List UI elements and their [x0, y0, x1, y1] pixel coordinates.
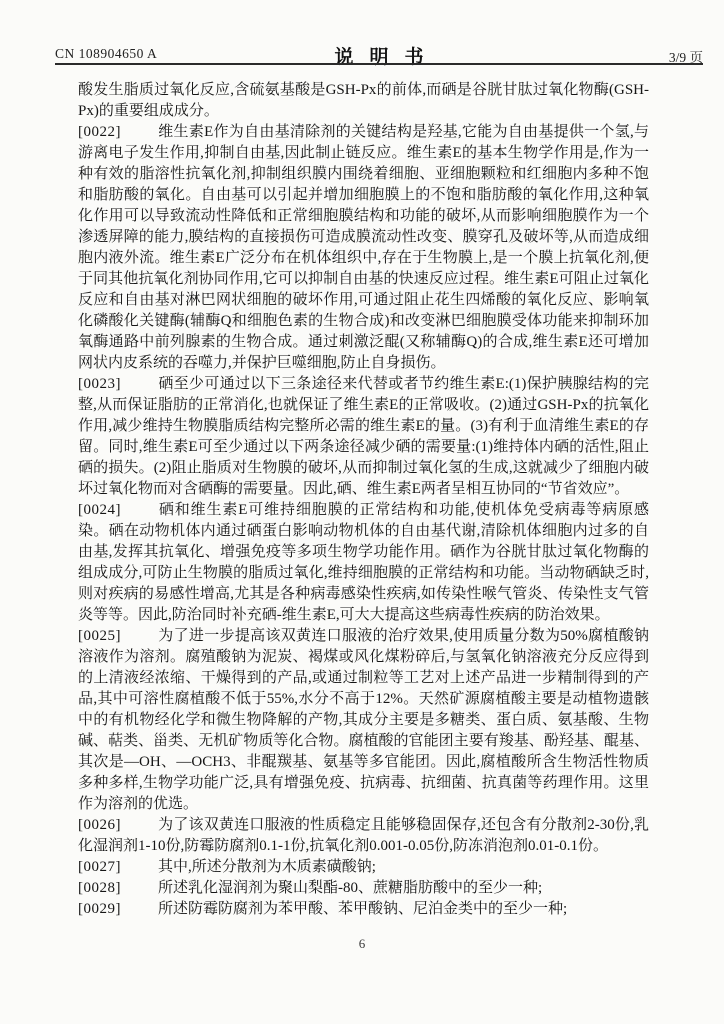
- paragraph-number: [0027]: [78, 857, 130, 878]
- paragraph-text: 所述乳化湿润剂为聚山梨酯-80、蔗糖脂肪酸中的至少一种;: [158, 880, 542, 896]
- paragraph: 酸发生脂质过氧化反应,含硫氨基酸是GSH-Px的前体,而硒是谷胱甘肽过氧化物酶(…: [78, 80, 649, 122]
- paragraph-number: [0024]: [78, 500, 130, 521]
- paragraph: [0022]维生素E作为自由基清除剂的关键结构是羟基,它能为自由基提供一个氢,与…: [78, 122, 649, 374]
- paragraph: [0028]所述乳化湿润剂为聚山梨酯-80、蔗糖脂肪酸中的至少一种;: [78, 878, 649, 899]
- paragraph: [0024]硒和维生素E可维持细胞膜的正常结构和功能,使机体免受病毒等病原感染。…: [78, 500, 649, 626]
- paragraph-text: 为了进一步提高该双黄连口服液的治疗效果,使用质量分数为50%腐植酸钠溶液作为溶剂…: [78, 628, 649, 812]
- paragraph-text: 所述防霉防腐剂为苯甲酸、苯甲酸钠、尼泊金类中的至少一种;: [158, 901, 567, 917]
- paragraph-number: [0028]: [78, 878, 130, 899]
- paragraph: [0023]硒至少可通过以下三条途径来代替或者节约维生素E:(1)保护胰腺结构的…: [78, 374, 649, 500]
- paragraph-number: [0025]: [78, 626, 130, 647]
- paragraph: [0026]为了该双黄连口服液的性质稳定且能够稳固保存,还包含有分散剂2-30份…: [78, 815, 649, 857]
- paragraph-number: [0029]: [78, 899, 130, 920]
- page-footer: 6: [0, 936, 724, 952]
- paragraph-text: 硒至少可通过以下三条途径来代替或者节约维生素E:(1)保护胰腺结构的完整,从而保…: [78, 376, 649, 497]
- paragraph-number: [0023]: [78, 374, 130, 395]
- page-header: CN 108904650 A 说明书 3/9 页: [55, 42, 703, 64]
- document-body: 酸发生脂质过氧化反应,含硫氨基酸是GSH-Px的前体,而硒是谷胱甘肽过氧化物酶(…: [78, 80, 649, 920]
- header-rule: [55, 63, 703, 65]
- paragraph-text: 硒和维生素E可维持细胞膜的正常结构和功能,使机体免受病毒等病原感染。硒在动物机体…: [78, 502, 649, 623]
- paragraph: [0027]其中,所述分散剂为木质素磺酸钠;: [78, 857, 649, 878]
- paragraph-text: 为了该双黄连口服液的性质稳定且能够稳固保存,还包含有分散剂2-30份,乳化湿润剂…: [78, 817, 649, 854]
- paragraph-number: [0022]: [78, 122, 130, 143]
- patent-page: CN 108904650 A 说明书 3/9 页 酸发生脂质过氧化反应,含硫氨基…: [0, 0, 724, 1024]
- paragraph: [0029]所述防霉防腐剂为苯甲酸、苯甲酸钠、尼泊金类中的至少一种;: [78, 899, 649, 920]
- paragraph-text: 其中,所述分散剂为木质素磺酸钠;: [158, 859, 376, 875]
- paragraph-text: 维生素E作为自由基清除剂的关键结构是羟基,它能为自由基提供一个氢,与游离电子发生…: [78, 124, 649, 371]
- paragraph-text: 酸发生脂质过氧化反应,含硫氨基酸是GSH-Px的前体,而硒是谷胱甘肽过氧化物酶(…: [78, 82, 649, 119]
- page-number: 6: [359, 936, 366, 951]
- paragraph-number: [0026]: [78, 815, 130, 836]
- paragraph: [0025]为了进一步提高该双黄连口服液的治疗效果,使用质量分数为50%腐植酸钠…: [78, 626, 649, 815]
